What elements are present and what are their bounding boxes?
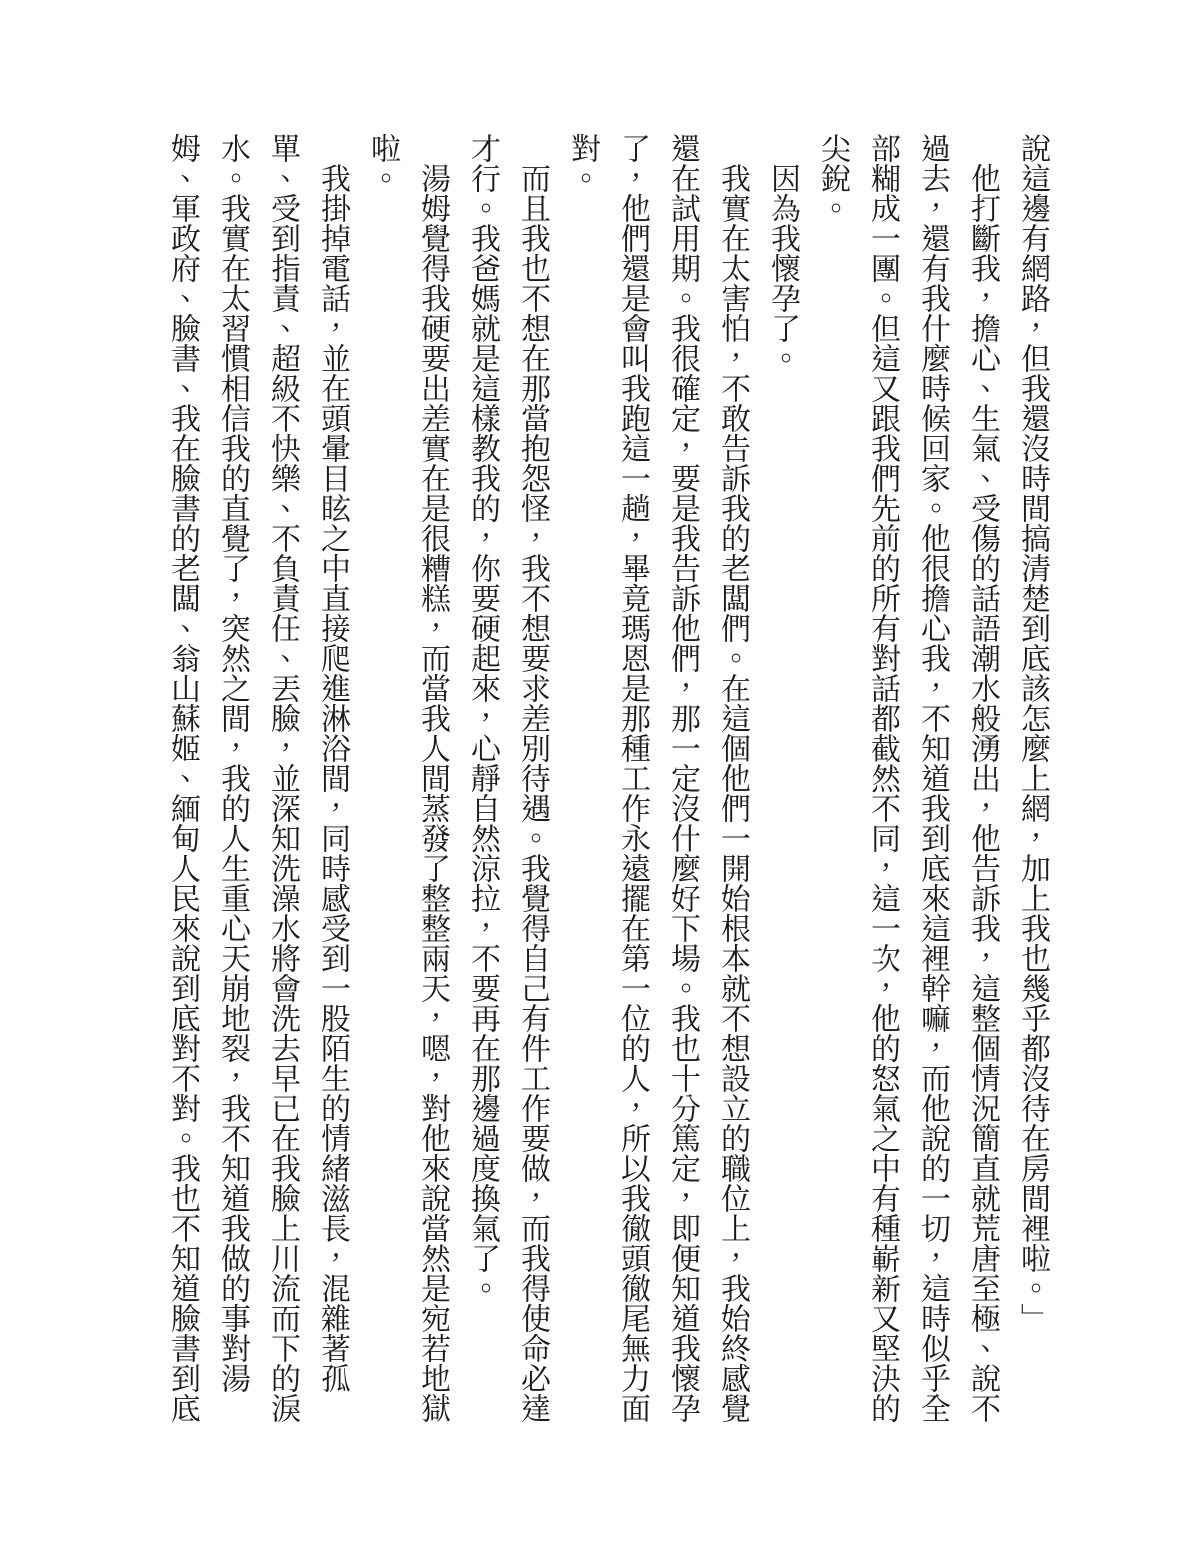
- paragraph: 說這邊有網路，但我還沒時間搞清楚到底該怎麼上網，加上我也幾乎都沒待在房間裡啦。」: [1007, 133, 1057, 1428]
- vertical-text-block: 說這邊有網路，但我還沒時間搞清楚到底該怎麼上網，加上我也幾乎都沒待在房間裡啦。」…: [157, 133, 1057, 1428]
- paragraph: 而且我也不想在那當抱怨怪，我不想要求差別待遇。我覺得自己有件工作要做，而我得使命…: [457, 133, 557, 1428]
- paragraph: 因為我懷孕了。: [757, 133, 807, 1428]
- paragraph: 我掛掉電話，並在頭暈目眩之中直接爬進淋浴間，同時感受到一股陌生的情緒滋長，混雜著…: [157, 133, 357, 1428]
- book-page: { "page": { "type": "novel-book-page", "…: [0, 0, 1200, 1553]
- paragraph: 我實在太害怕，不敢告訴我的老闆們。在這個他們一開始根本就不想設立的職位上，我始終…: [557, 133, 757, 1428]
- paragraph: 湯姆覺得我硬要出差實在是很糟糕，而當我人間蒸發了整整兩天，嗯，對他來說當然是宛若…: [357, 133, 457, 1428]
- paragraph: 他打斷我，擔心、生氣、受傷的話語潮水般湧出，他告訴我，這整個情況簡直就荒唐至極、…: [807, 133, 1007, 1428]
